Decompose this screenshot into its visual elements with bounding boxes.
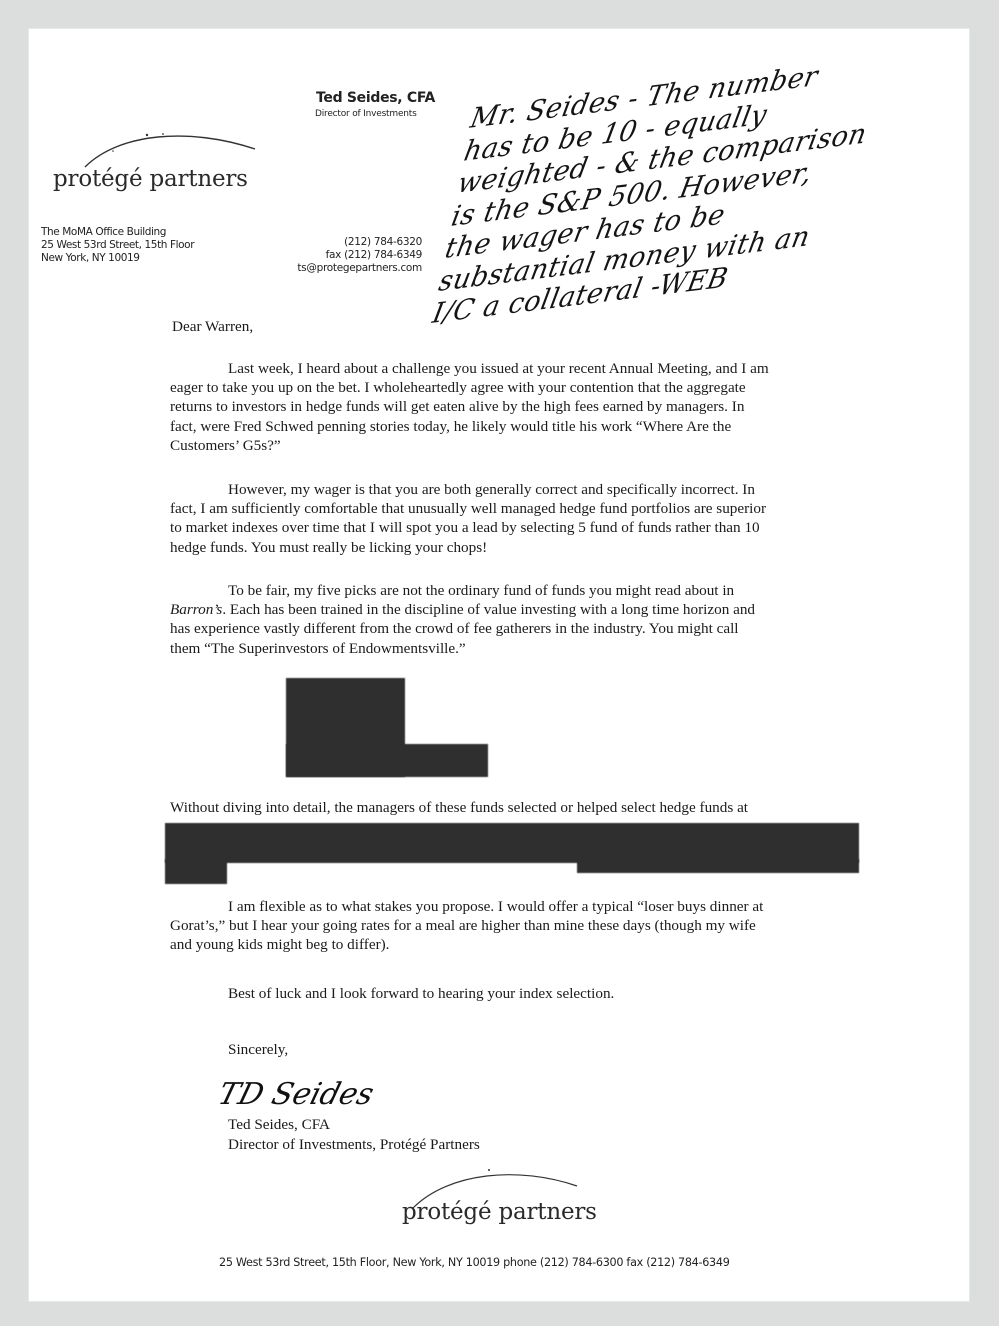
salutation: Dear Warren, xyxy=(172,318,253,336)
paragraph-5: I am flexible as to what stakes you prop… xyxy=(170,897,870,955)
company-logo: protégé partners xyxy=(53,166,248,192)
signer-title: Director of Investments, Protégé Partner… xyxy=(228,1135,480,1155)
redacted-block-2-right xyxy=(577,859,859,873)
letter-page: Ted Seides, CFA Director of Investments … xyxy=(29,29,969,1301)
address-line: New York, NY 10019 xyxy=(41,252,194,265)
text-line: returns to investors in hedge funds will… xyxy=(170,397,870,416)
paragraph-6: Best of luck and I look forward to heari… xyxy=(228,984,928,1003)
footer-logo: protégé partners xyxy=(402,1199,597,1225)
text-line: Last week, I heard about a challenge you… xyxy=(170,359,870,378)
phone-number: (212) 784-6320 xyxy=(297,236,422,249)
text-line: to market indexes over time that I will … xyxy=(170,518,870,537)
redacted-block-2 xyxy=(165,823,859,863)
letterhead-title: Director of Investments xyxy=(315,109,417,119)
text-line: I am flexible as to what stakes you prop… xyxy=(170,897,870,916)
paragraph-4: Without diving into detail, the managers… xyxy=(170,798,870,817)
signature: TD Seides xyxy=(214,1077,377,1112)
letterhead-address: The MoMA Office Building 25 West 53rd St… xyxy=(41,226,194,265)
text-line: fact, I am sufficiently comfortable that… xyxy=(170,499,870,518)
text-line: fact, were Fred Schwed penning stories t… xyxy=(170,417,870,436)
footer-contact: 25 West 53rd Street, 15th Floor, New Yor… xyxy=(219,1256,730,1269)
paragraph-1: Last week, I heard about a challenge you… xyxy=(170,359,870,455)
text-line: them “The Superinvestors of Endowmentsvi… xyxy=(170,639,870,658)
closing: Sincerely, xyxy=(228,1041,288,1059)
text-line: Customers’ G5s?” xyxy=(170,436,870,455)
text-line: Without diving into detail, the managers… xyxy=(170,798,870,817)
text-line: eager to take you up on the bet. I whole… xyxy=(170,378,870,397)
logo-arc-icon xyxy=(79,121,259,171)
text-line: To be fair, my five picks are not the or… xyxy=(170,581,870,600)
handwritten-note: Mr. Seides - The number has to be 10 - e… xyxy=(430,46,941,331)
text-line: Best of luck and I look forward to heari… xyxy=(228,984,928,1003)
redacted-block-2-tail xyxy=(165,859,227,884)
text-line: Barron’s. Each has been trained in the d… xyxy=(170,600,870,619)
text-line: However, my wager is that you are both g… xyxy=(170,480,870,499)
redacted-block-1-tail xyxy=(286,744,488,777)
paragraph-3: To be fair, my five picks are not the or… xyxy=(170,581,870,658)
address-line: 25 West 53rd Street, 15th Floor xyxy=(41,239,194,252)
signer-name: Ted Seides, CFA xyxy=(228,1115,480,1135)
letterhead-contact: (212) 784-6320 fax (212) 784-6349 ts@pro… xyxy=(297,236,422,275)
paragraph-2: However, my wager is that you are both g… xyxy=(170,480,870,557)
text-line: Gorat’s,” but I hear your going rates fo… xyxy=(170,916,870,935)
address-line: The MoMA Office Building xyxy=(41,226,194,239)
text-line: hedge funds. You must really be licking … xyxy=(170,538,870,557)
letterhead-name: Ted Seides, CFA xyxy=(316,90,435,106)
publication-name: Barron’s xyxy=(170,601,222,618)
text-line: has experience vastly different from the… xyxy=(170,619,870,638)
fax-number: fax (212) 784-6349 xyxy=(297,249,422,262)
text-line: and young kids might beg to differ). xyxy=(170,935,870,954)
signer-block: Ted Seides, CFA Director of Investments,… xyxy=(228,1115,480,1155)
email-address: ts@protegepartners.com xyxy=(297,262,422,275)
